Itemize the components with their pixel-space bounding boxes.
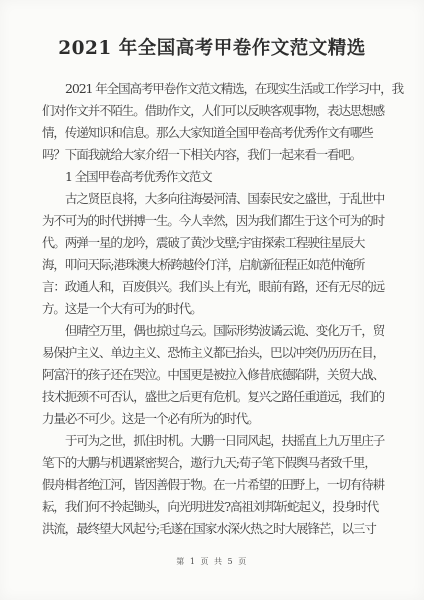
paragraph-line: 言：政通人和，百废俱兴。我们头上有光，眼前有路，还有无尽的远 (42, 276, 382, 298)
paragraph-line: 阿富汗的孩子还在哭泣。中国更是被拉入修昔底德陷阱，关贸大战、 (42, 364, 382, 386)
paragraph-line: 情，传递知识和信息。那么大家知道全国甲卷高考优秀作文有哪些 (42, 122, 382, 144)
document-title: 2021 年全国高考甲卷作文范文精选 (0, 0, 424, 62)
paragraph-line: 于可为之世，抓住时机。大鹏一日同风起，扶摇直上九万里庄子 (42, 430, 382, 452)
paragraph-line: 技术扼颈不可否认，盛世之后更有危机。复兴之路任重道远，我们的 (42, 386, 382, 408)
paragraph-line: 古之贤臣良将，大多向往海晏河清、国泰民安之盛世，于乱世中 (42, 188, 382, 210)
paragraph-line: 笔下的大鹏与机遇紧密契合，遨行九天;荀子笔下假舆马者致千里， (42, 452, 382, 474)
paragraph-line: 耘，我们何不拎起锄头，向光明进发?高祖刘邦斩蛇起义，投身时代 (42, 496, 382, 518)
paragraph-line: 为不可为的时代拼搏一生。今人幸然，因为我们都生于这个可为的时 (42, 210, 382, 232)
document-page: 2021 年全国高考甲卷作文范文精选 2021 年全国高考甲卷作文范文精选，在现… (0, 0, 424, 600)
paragraph-line: 方。这是一个大有可为的时代。 (42, 298, 382, 320)
paragraph-line: 2021 年全国高考甲卷作文范文精选，在现实生活或工作学习中，我 (42, 78, 382, 100)
paragraph-line: 吗？下面我就给大家介绍一下相关内容，我们一起来看一看吧。 (42, 144, 382, 166)
paragraph-line: 力量必不可少。这是一个必有所为的时代。 (42, 408, 382, 430)
document-body: 2021 年全国高考甲卷作文范文精选，在现实生活或工作学习中，我们对作文并不陌生… (0, 78, 424, 540)
paragraph-line: 海，叩问天际;港珠澳大桥跨越伶仃洋，启航新征程正如范仲淹所 (42, 254, 382, 276)
paragraph-line: 们对作文并不陌生。借助作文，人们可以反映客观事物，表达思想感 (42, 100, 382, 122)
paragraph-line: 代。两弹一星的龙吟，震破了黄沙戈壁;宇宙探索工程驶往星辰大 (42, 232, 382, 254)
page-number-footer: 第 1 页 共 5 页 (0, 556, 424, 567)
paragraph-line: 易保护主义、单边主义、恐怖主义都已抬头，巴以冲突仍历历在目， (42, 342, 382, 364)
paragraph-line: 假舟楫者绝江河，皆因善假于物。在一片希望的田野上，一切有待耕 (42, 474, 382, 496)
section-heading-line: 1 全国甲卷高考优秀作文范文 (42, 166, 382, 188)
paragraph-line: 洪流，最终望大风起兮;毛遂在国家水深火热之时大展锋芒，以三寸 (42, 518, 382, 540)
paragraph-line: 但晴空万里，偶也掠过乌云。国际形势波谲云诡、变化万千，贸 (42, 320, 382, 342)
